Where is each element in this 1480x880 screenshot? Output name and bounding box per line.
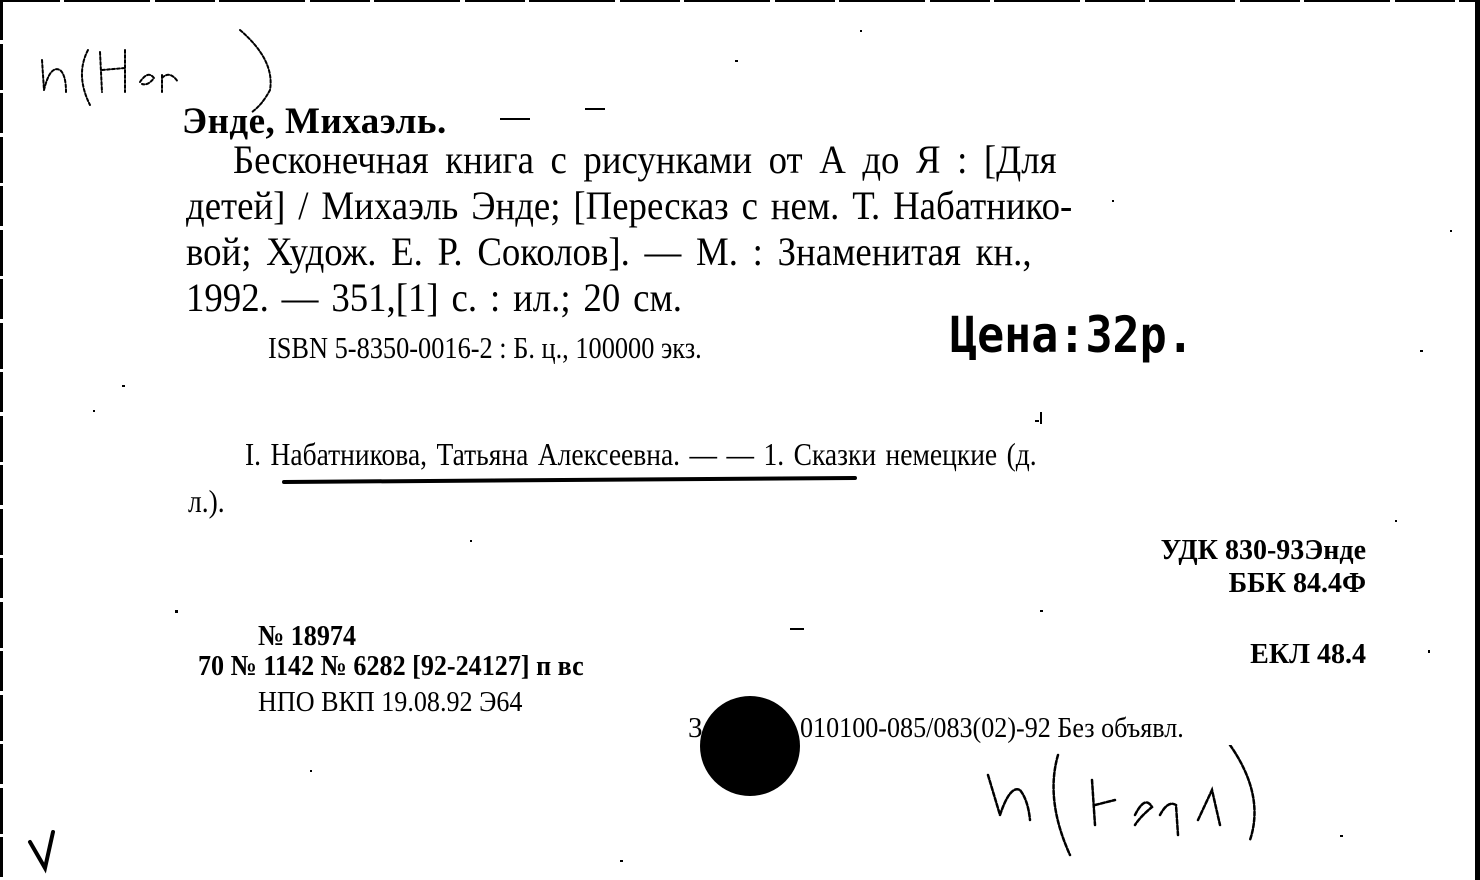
tracings-line-1: I. Набатникова, Татьяна Алексеевна. — — … bbox=[245, 438, 1037, 470]
handwritten-checkmark bbox=[25, 830, 65, 880]
ekl-code: ЕКЛ 48.4 bbox=[1250, 641, 1366, 669]
udk-code: УДК 830-93Энде bbox=[1161, 537, 1366, 565]
isbn-line: ISBN 5-8350-0016-2 : Б. ц., 100000 экз. bbox=[268, 332, 702, 363]
catalog-card: Энде, Михаэль. Бесконечная книга с рисун… bbox=[0, 0, 1480, 880]
author-heading: Энде, Михаэль. bbox=[182, 103, 447, 140]
handwritten-underline bbox=[282, 476, 857, 484]
description-line-3: вой; Худож. Е. Р. Соколов]. — М. : Знаме… bbox=[186, 232, 1032, 272]
card-number: № 18974 bbox=[258, 622, 356, 651]
bbk-code: ББК 84.4Ф bbox=[1229, 570, 1366, 598]
description-line-4: 1992. — 351,[1] с. : ил.; 20 см. bbox=[186, 278, 682, 318]
card-border-top bbox=[0, 0, 1480, 2]
bbk-full-code: 010100-085/083(02)-92 Без объявл. bbox=[800, 714, 1184, 743]
handwritten-note-bottom bbox=[980, 745, 1290, 865]
card-border-left bbox=[0, 0, 3, 880]
card-border-right bbox=[1475, 0, 1480, 880]
punch-hole bbox=[700, 696, 800, 796]
tracings-line-2: л.). bbox=[188, 485, 225, 517]
publisher-line: НПО ВКП 19.08.92 Э64 bbox=[258, 688, 522, 717]
description-line-1: Бесконечная книга с рисунками от А до Я … bbox=[233, 140, 1057, 180]
price-stamp: Цена:32р. bbox=[950, 310, 1194, 360]
description-line-2: детей] / Михаэль Энде; [Пересказ с нем. … bbox=[186, 186, 1072, 226]
order-line: 70 № 1142 № 6282 [92-24127] п вс bbox=[198, 652, 584, 681]
